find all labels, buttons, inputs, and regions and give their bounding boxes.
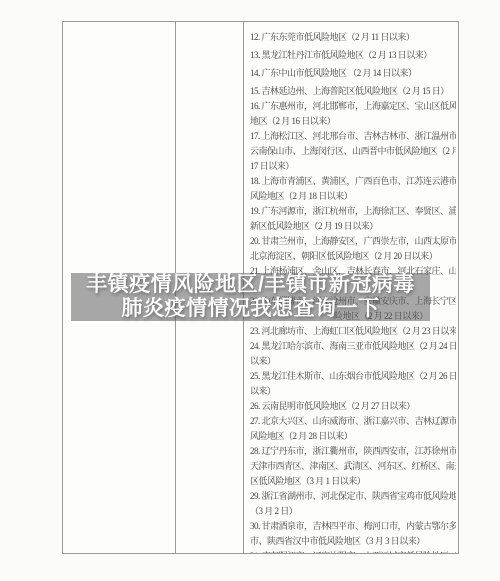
risk-area-line: 20. 甘肃兰州市，上海静安区，广西崇左市，山西太原市， bbox=[250, 234, 456, 249]
risk-area-line: （3 月 2 日） bbox=[250, 504, 456, 519]
risk-area-line: 29. 浙江省湖州市、河北保定市、陕西省宝鸡市低风险地区 bbox=[250, 489, 456, 504]
risk-area-item: 14. 广东中山市低风险地区 （2 月 14 日以来） bbox=[250, 66, 456, 81]
risk-area-line: 24. 黑龙江哈尔滨市、海南三亚市低风险地区（2 月 24 日 bbox=[250, 339, 456, 354]
risk-area-item: 28. 辽宁丹东市，浙江衢州市，陕西西安市，江苏徐州市，天津市西青区、津南区、武… bbox=[250, 444, 456, 489]
risk-area-line: 14. 广东中山市低风险地区 （2 月 14 日以来） bbox=[250, 66, 456, 81]
risk-area-line: 19. 广东河源市，浙江杭州市，上海徐汇区、奉贤区、浦东 bbox=[250, 204, 456, 219]
risk-area-line: 31. 广东阳江市、辽宁沈阳市、山西运城市低风险地区（3 bbox=[250, 549, 456, 553]
document-page: 12. 广东东莞市低风险地区（2 月 11 日以来）13. 黑龙江牡丹江市低风险… bbox=[0, 0, 500, 581]
risk-area-line: 以来） bbox=[250, 384, 456, 399]
risk-area-line: 市、陕西省汉中市低风险地区（3 月 3 日以来） bbox=[250, 534, 456, 549]
risk-area-line: 天津市西青区、津南区、武清区、河东区、红桥区、南开 bbox=[250, 459, 456, 474]
risk-area-line: 地区（2 月 16 日以来） bbox=[250, 114, 456, 129]
risk-area-item: 23. 河北廊坊市、上海虹口区低风险地区（2 月 23 日以来） bbox=[250, 324, 456, 339]
query-caption-banner: 丰镇疫情风险地区/丰镇市新冠病毒 肺炎疫情情况我想查询一下 bbox=[71, 273, 430, 321]
risk-area-item: 30. 甘肃酒泉市，吉林四平市、梅河口市，内蒙古鄂尔多斯市、陕西省汉中市低风险地… bbox=[250, 519, 456, 549]
risk-area-item: 26. 云南昆明市低风险地区（2 月 27 日以来） bbox=[250, 399, 456, 414]
risk-area-item: 20. 甘肃兰州市，上海静安区，广西崇左市，山西太原市，北京海淀区、朝阳区低风险… bbox=[250, 234, 456, 264]
risk-area-item: 25. 黑龙江佳木斯市、山东烟台市低风险地区（2 月 26 日以来） bbox=[250, 369, 456, 399]
risk-area-line: 28. 辽宁丹东市，浙江衢州市，陕西西安市，江苏徐州市， bbox=[250, 444, 456, 459]
risk-area-line: 云南保山市、上海闵行区、山西晋中市低风险地区（2 月 bbox=[250, 144, 456, 159]
risk-area-line: 16. 广东惠州市，河北邯郸市，上海嘉定区、宝山区低风险 bbox=[250, 99, 456, 114]
risk-area-item: 12. 广东东莞市低风险地区（2 月 11 日以来） bbox=[250, 30, 456, 45]
risk-area-line: 18. 上海市青浦区、黄浦区，广西百色市、江苏连云港市低 bbox=[250, 174, 456, 189]
risk-area-line: 风险地区（2 月 18 日以来） bbox=[250, 189, 456, 204]
caption-line-1: 丰镇疫情风险地区/丰镇市新冠病毒 bbox=[86, 273, 415, 297]
risk-area-item: 27. 北京大兴区、山东威海市、浙江嘉兴市、吉林辽源市低风险地区（2 月 28 … bbox=[250, 414, 456, 444]
risk-area-item: 18. 上海市青浦区、黄浦区，广西百色市、江苏连云港市低风险地区（2 月 18 … bbox=[250, 174, 456, 204]
risk-area-line: 风险地区（2 月 28 日以来） bbox=[250, 429, 456, 444]
risk-area-item: 31. 广东阳江市、辽宁沈阳市、山西运城市低风险地区（3 bbox=[250, 549, 456, 553]
risk-area-line: 新区低风险地区（2 月 19 日以来） bbox=[250, 219, 456, 234]
risk-area-item: 17. 上海松江区、河北邢台市、吉林吉林市、浙江温州市、云南保山市、上海闵行区、… bbox=[250, 129, 456, 174]
risk-area-line: 北京海淀区、朝阳区低风险地区（2 月 20 日以来） bbox=[250, 249, 456, 264]
risk-area-line: 区低风险地区（3 月 1 日以来） bbox=[250, 474, 456, 489]
risk-area-line: 13. 黑龙江牡丹江市低风险地区（2 月 13 日以来） bbox=[250, 48, 456, 63]
risk-area-line: 15. 吉林延边州、上海普陀区低风险地区（2 月 15 日） bbox=[250, 84, 456, 99]
risk-area-item: 15. 吉林延边州、上海普陀区低风险地区（2 月 15 日） bbox=[250, 84, 456, 99]
risk-area-item: 29. 浙江省湖州市、河北保定市、陕西省宝鸡市低风险地区（3 月 2 日） bbox=[250, 489, 456, 519]
risk-area-line: 27. 北京大兴区、山东威海市、浙江嘉兴市、吉林辽源市低 bbox=[250, 414, 456, 429]
risk-area-item: 13. 黑龙江牡丹江市低风险地区（2 月 13 日以来） bbox=[250, 48, 456, 63]
risk-area-item: 19. 广东河源市，浙江杭州市，上海徐汇区、奉贤区、浦东新区低风险地区（2 月 … bbox=[250, 204, 456, 234]
risk-area-line: 25. 黑龙江佳木斯市、山东烟台市低风险地区（2 月 26 日 bbox=[250, 369, 456, 384]
risk-area-item: 24. 黑龙江哈尔滨市、海南三亚市低风险地区（2 月 24 日以来） bbox=[250, 339, 456, 369]
risk-area-line: 以来） bbox=[250, 354, 456, 369]
risk-area-line: 30. 甘肃酒泉市，吉林四平市、梅河口市，内蒙古鄂尔多斯 bbox=[250, 519, 456, 534]
risk-area-line: 17 日以来） bbox=[250, 159, 456, 174]
risk-area-item: 16. 广东惠州市，河北邯郸市，上海嘉定区、宝山区低风险地区（2 月 16 日以… bbox=[250, 99, 456, 129]
risk-area-line: 23. 河北廊坊市、上海虹口区低风险地区（2 月 23 日以来） bbox=[250, 324, 456, 339]
caption-line-2: 肺炎疫情情况我想查询一下 bbox=[122, 297, 380, 321]
risk-area-line: 26. 云南昆明市低风险地区（2 月 27 日以来） bbox=[250, 399, 456, 414]
risk-area-line: 12. 广东东莞市低风险地区（2 月 11 日以来） bbox=[250, 30, 456, 45]
risk-area-line: 17. 上海松江区、河北邢台市、吉林吉林市、浙江温州市、 bbox=[250, 129, 456, 144]
